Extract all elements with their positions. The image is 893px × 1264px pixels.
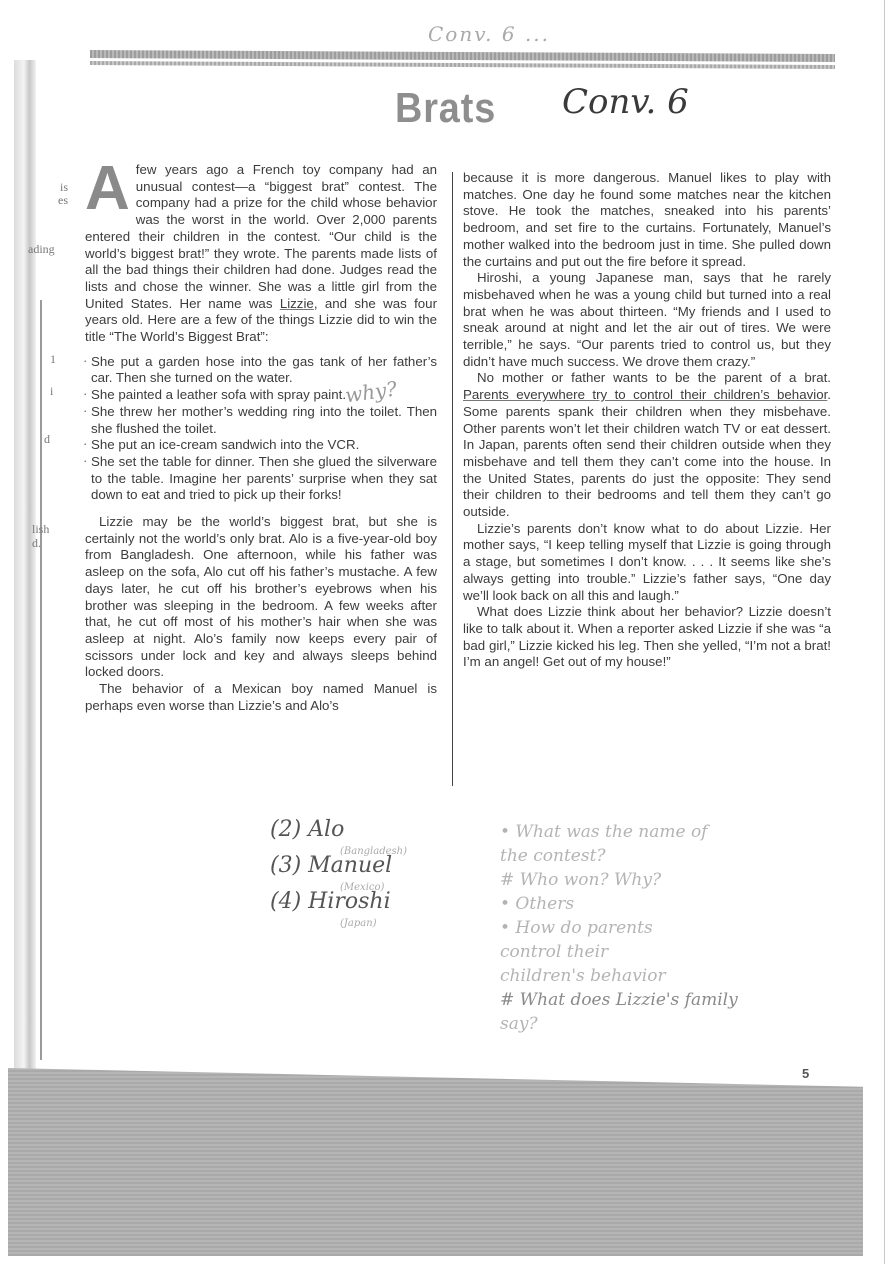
paragraph-lizzie-think: What does Lizzie think about her behavio… [463, 604, 831, 671]
article-column-right: because it is more dangerous. Manuel lik… [463, 170, 831, 671]
note-line: say? [500, 1012, 738, 1036]
handwritten-title-note: Conv. 6 [562, 82, 689, 122]
margin-fragment: d [44, 432, 50, 447]
paragraph-hiroshi: Hiroshi, a young Japanese man, says that… [463, 270, 831, 370]
note-line: • Others [500, 892, 738, 916]
list-item: She set the table for dinner. Then she g… [91, 454, 437, 504]
note-line: # Who won? Why? [500, 868, 738, 892]
margin-fragment: 1 [50, 352, 56, 367]
underlined-main-idea: Parents everywhere try to control their … [463, 387, 827, 402]
scanned-page-binding-edge [14, 60, 36, 1070]
paragraph-manuel-start: The behavior of a Mexican boy named Manu… [85, 681, 437, 714]
underlined-lizzie: Lizzie [280, 296, 314, 311]
margin-fragment: lish [32, 522, 49, 537]
paragraph-lizzie-parents: Lizzie’s parents don’t know what to do a… [463, 521, 831, 605]
header-rule [90, 50, 835, 62]
note-line: children's behavior [500, 964, 738, 988]
page-number: 5 [802, 1066, 809, 1081]
note-item: (4) Hiroshi(Japan) [270, 884, 392, 920]
header-rule-thin [90, 61, 835, 69]
article-column-left: Afew years ago a French toy company had … [85, 162, 437, 715]
page-edge-line [40, 300, 42, 1060]
handwritten-top-note: Conv. 6 ... [428, 22, 550, 46]
column-divider [452, 172, 453, 786]
margin-fragment: es [58, 193, 68, 208]
note-line: # What does Lizzie's family [500, 988, 738, 1012]
note-item: (2) Alo(Bangladesh) [270, 812, 392, 848]
list-item: She threw her mother’s wedding ring into… [91, 404, 437, 437]
note-item: (3) Manuel(Mexico) [270, 848, 392, 884]
margin-fragment: d. [32, 536, 41, 551]
scanner-background-band [8, 1068, 863, 1256]
handwritten-questions: • What was the name of the contest? # Wh… [500, 820, 738, 1036]
article-title: Brats [395, 84, 496, 132]
note-line: • What was the name of [500, 820, 738, 844]
paragraph-parents: No mother or father wants to be the pare… [463, 370, 831, 520]
note-line: control their [500, 940, 738, 964]
brat-deeds-list: She put a garden hose into the gas tank … [85, 354, 437, 504]
paragraph-manuel-cont: because it is more dangerous. Manuel lik… [463, 170, 831, 270]
margin-fragment: ading [28, 242, 55, 257]
paragraph-alo: Lizzie may be the world’s biggest brat, … [85, 514, 437, 681]
margin-fragment: i [50, 384, 53, 399]
drop-cap: A [85, 164, 130, 214]
note-line: • How do parents [500, 916, 738, 940]
intro-paragraph: Afew years ago a French toy company had … [85, 162, 437, 346]
scan-right-edge [884, 0, 885, 1264]
handwritten-name-list: (2) Alo(Bangladesh) (3) Manuel(Mexico) (… [270, 812, 392, 920]
note-line: the contest? [500, 844, 738, 868]
list-item: She put an ice-cream sandwich into the V… [91, 437, 437, 454]
